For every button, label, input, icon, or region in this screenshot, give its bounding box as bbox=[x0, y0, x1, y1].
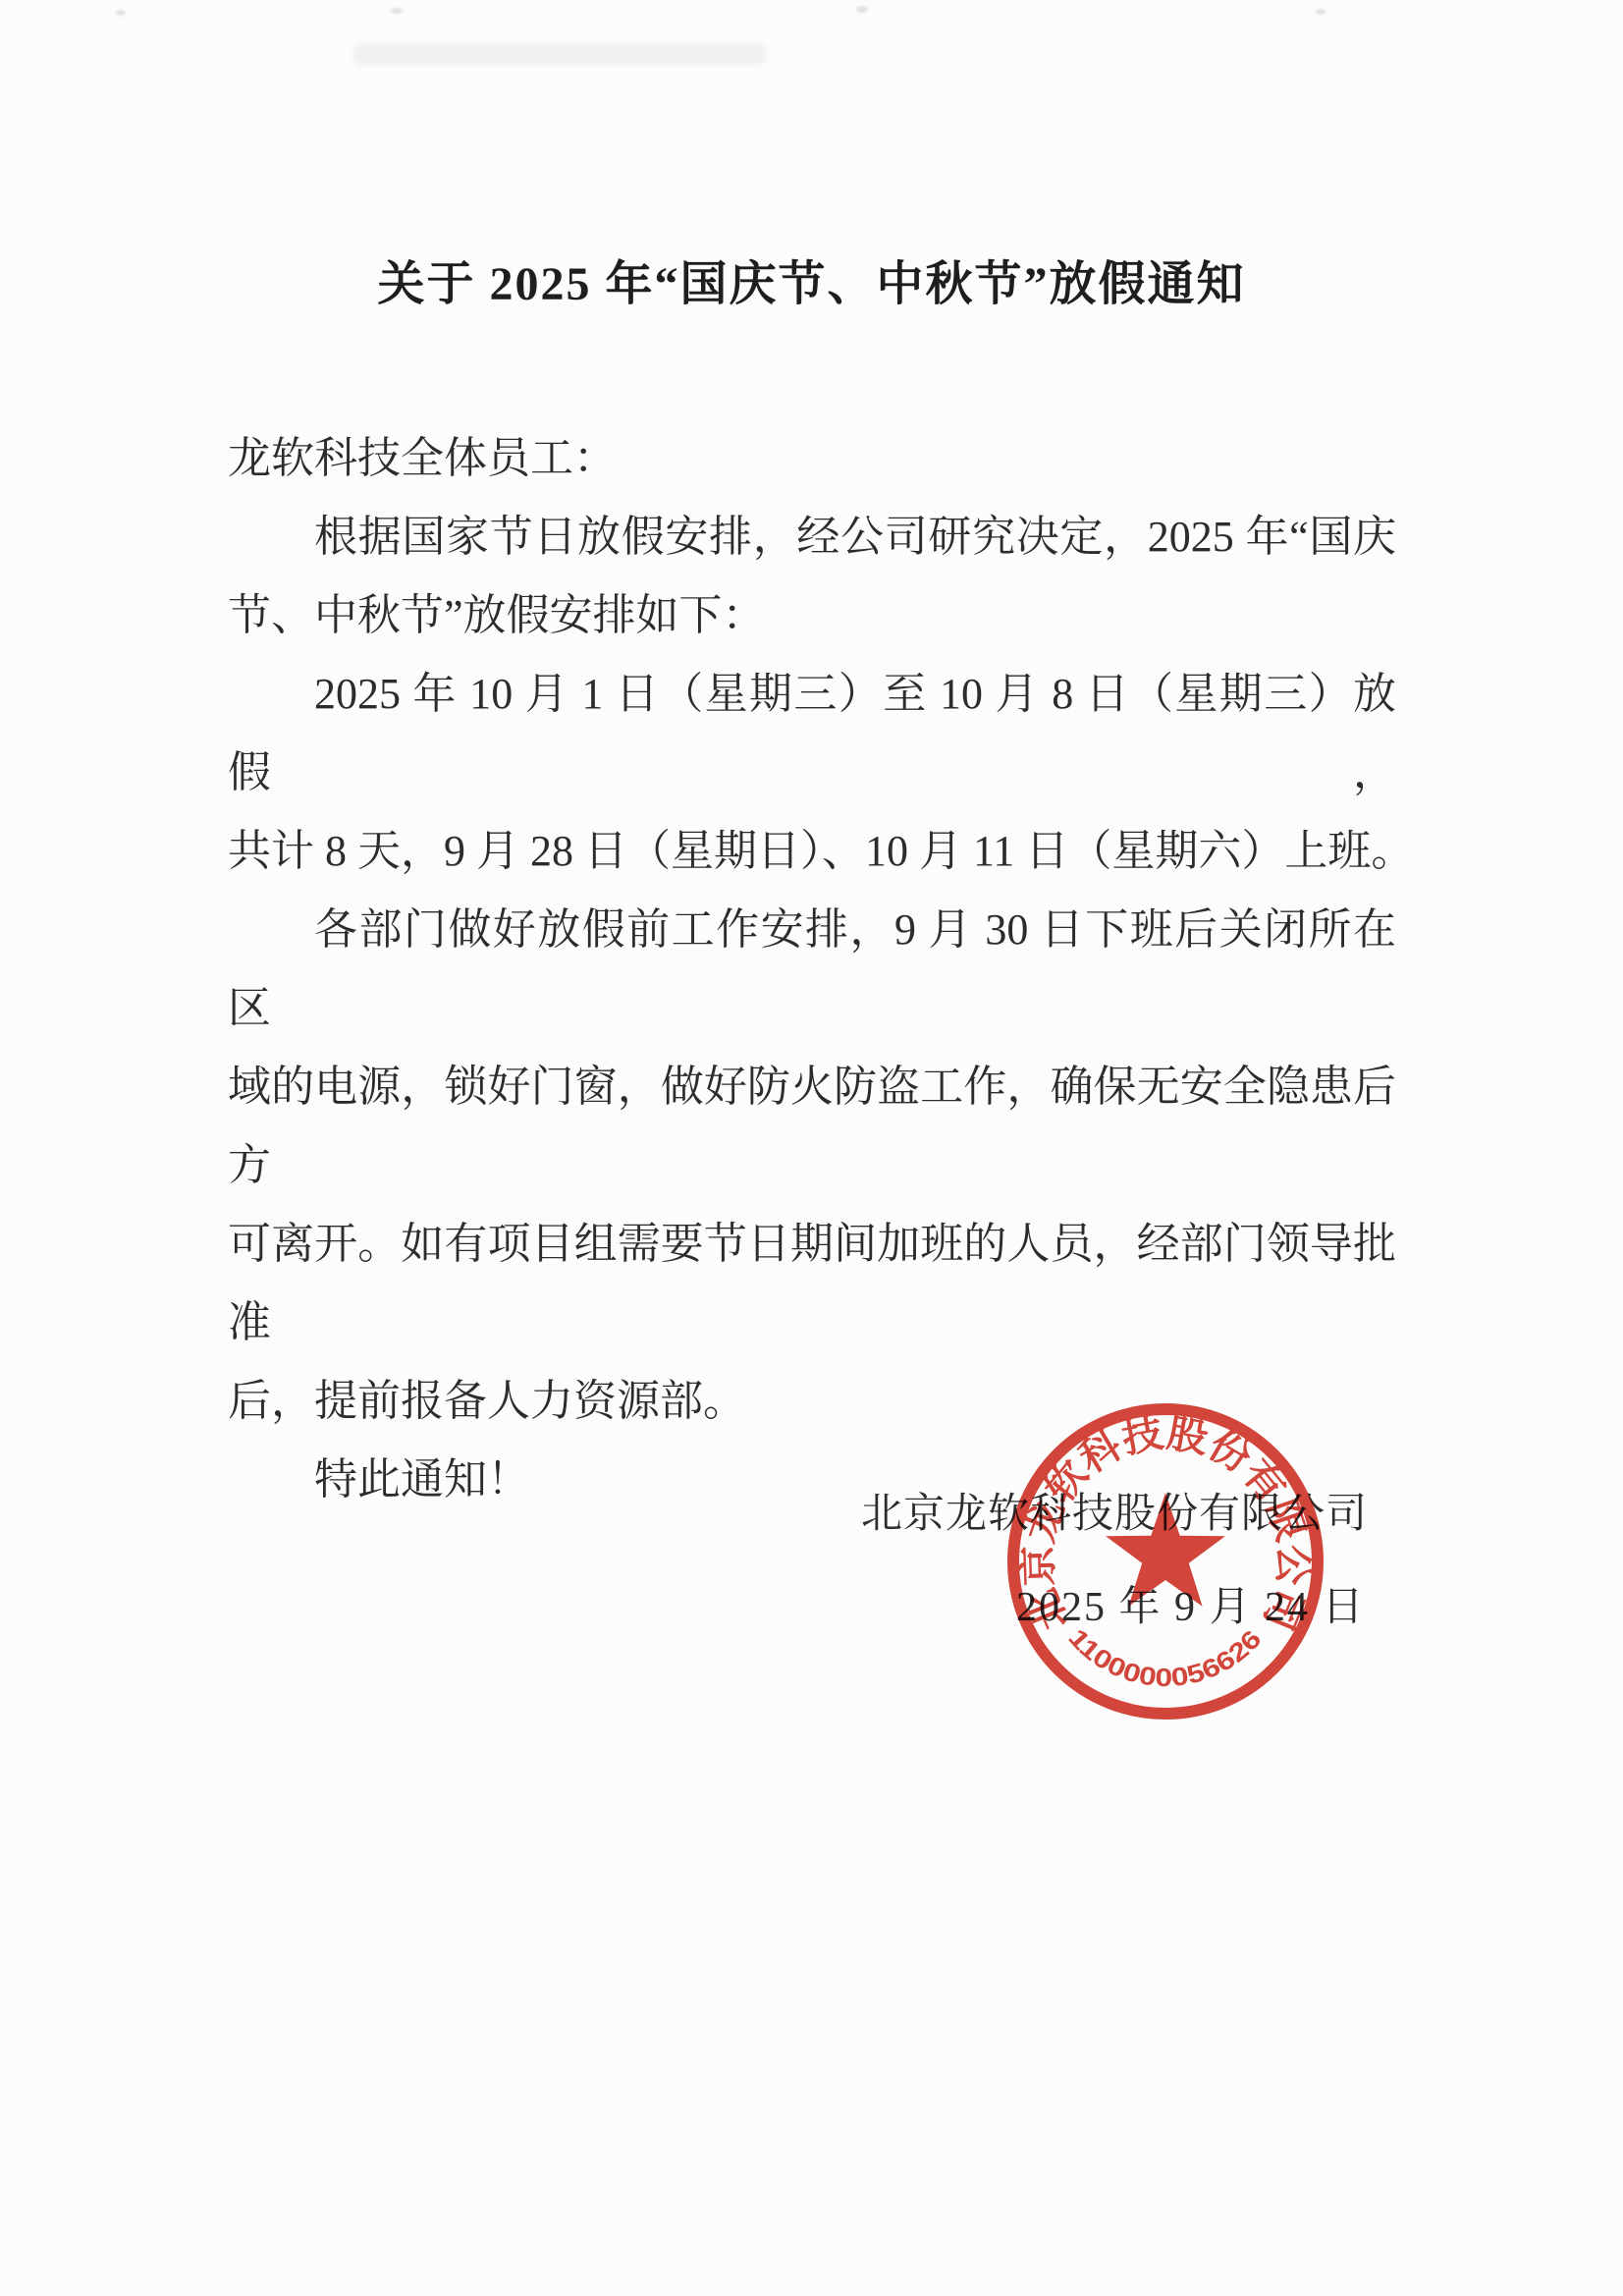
scan-artifact bbox=[353, 43, 766, 65]
notice-page: 关于 2025 年“国庆节、中秋节”放假通知 龙软科技全体员工：根据国家节日放假… bbox=[0, 0, 1623, 2296]
seal-serial-textpath: 1100000056626 bbox=[1062, 1623, 1267, 1693]
body-line: 龙软科技全体员工： bbox=[228, 419, 1396, 498]
scan-artifact bbox=[856, 6, 868, 13]
body-line: 2025 年 10 月 1 日（星期三）至 10 月 8 日（星期三）放假， bbox=[228, 655, 1396, 812]
page-title: 关于 2025 年“国庆节、中秋节”放假通知 bbox=[0, 246, 1623, 313]
body-line: 可离开。如有项目组需要节日期间加班的人员，经部门领导批准 bbox=[228, 1205, 1396, 1362]
body-line: 各部门做好放假前工作安排，9 月 30 日下班后关闭所在区 bbox=[228, 891, 1396, 1048]
body-line: 域的电源，锁好门窗，做好防火防盗工作，确保无安全隐患后方 bbox=[228, 1048, 1396, 1205]
body-line: 根据国家节日放假安排，经公司研究决定，2025 年“国庆 bbox=[228, 498, 1396, 576]
scan-artifact bbox=[116, 10, 126, 16]
company-seal-stamp: 北京龙软科技股份有限公司 1100000056626 bbox=[987, 1383, 1344, 1740]
notice-body: 龙软科技全体员工：根据国家节日放假安排，经公司研究决定，2025 年“国庆节、中… bbox=[228, 419, 1396, 1519]
scan-artifact bbox=[1316, 9, 1325, 15]
seal-star-icon bbox=[1106, 1493, 1225, 1607]
body-line: 节、中秋节”放假安排如下： bbox=[228, 576, 1396, 655]
scan-artifact bbox=[391, 8, 403, 14]
seal-serial-text: 1100000056626 bbox=[1062, 1623, 1267, 1693]
body-line: 共计 8 天，9 月 28 日（星期日）、10 月 11 日（星期六）上班。 bbox=[228, 812, 1396, 891]
